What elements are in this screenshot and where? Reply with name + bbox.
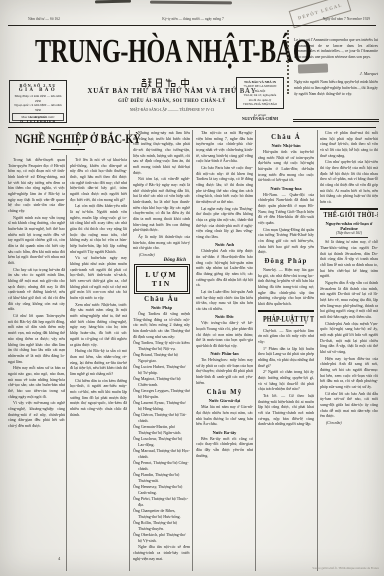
cabinet-list-item: Ông Laurent Eynac, Thượng-thơ bộ Hàng-kh…: [133, 400, 190, 411]
headline-ornament: [51, 149, 85, 150]
paragraph: Còn như quyền-lợi của hội-viên thì tùy t…: [320, 159, 378, 204]
cabinet-list-item: Ông Chéron, Thượng-thơ bộ Tài-chánh.: [133, 412, 190, 423]
text-column-2: Trở lên là nói về sự khai-hóa phổ-thông,…: [70, 157, 127, 571]
subsection-header: Nước Nhật-bản: [258, 143, 314, 148]
column-rule: [66, 155, 67, 571]
paragraph: Cứ như lời quan Toàn-quyền nói thì Bắc-k…: [8, 313, 65, 364]
paragraph: Mùa lúa mì năm nay ở Gia-nã-đại được nhi…: [196, 404, 253, 427]
text-column-4: Tân nội-các ra mắt Hạ-nghị-viện hôm mồng…: [196, 130, 253, 571]
price-box-title: GIÁ BÁO: [12, 88, 64, 93]
paragraph: Chỉ hiềm dân ta còn kém đường học-thức, …: [70, 378, 127, 418]
paragraph: Nguyên dân Á-rập vẫn coi thành Jérusalem…: [320, 280, 378, 320]
paragraph: Nhưng nóng-nảy mà làm liều thì cũng hại;…: [133, 130, 190, 175]
cjk-glyphs-icon: [141, 78, 193, 88]
price-row: Ngoại-quốc: cả năm 6$00 — nửa năm 3$50: [12, 103, 64, 112]
ink-smudge: [150, 1, 232, 4]
paragraph: Hải-quân tỉnh vừa tuyên-bố rằng nước Nhậ…: [258, 149, 314, 183]
cabinet-list-item: Ông Loucheur, Thượng-thơ bộ Lao-động.: [133, 436, 190, 447]
masthead-cjk-characters: [141, 78, 193, 88]
paragraph: Số là tháng tư năm nay, ở chỗ Than-khóc-…: [320, 239, 378, 279]
paragraph: Lại còn một điều khẩn-yếu nữa là sự tư-b…: [70, 203, 127, 254]
subsection-header: Nước Trung-hoa: [258, 186, 314, 191]
main-article-headline: NGHỀ NGHIỆP Ở BẮC-KỲ: [15, 133, 120, 147]
paragraph: 1° Phàm dân ta lập hội buôn theo luật La…: [258, 346, 314, 369]
article-headline: THẾ-GIỚI THỜI-ĐÀM: [323, 212, 374, 220]
manager-name: NGUYỄN-BÁ-CHÍNH: [236, 117, 284, 121]
paragraph: Bên Ba-tây mới rồi cũng có cuộc thay-đổi…: [196, 436, 253, 459]
issue-price: BỔN SỐ 2 XU: [12, 83, 64, 88]
paragraph: Hiện nay mỗi năm xứ ta bán ra ngoài nào …: [8, 365, 65, 399]
cabinet-list-item: Ông Piétri, Thượng-thơ bộ Thuộc-địa.: [133, 496, 190, 507]
cabinet-list-item: Ông Oberkirch, phó Thượng-thơ bộ Vệ-sinh…: [133, 532, 190, 543]
paragraph: Việc trưng-cầu dân-ý về kế-hoạch Young v…: [196, 320, 253, 348]
paragraph: Vả sự buôn-bán ngày nay không phải như x…: [70, 255, 127, 300]
cabinet-list-item: Ông Marraud, Thượng-thơ bộ Học-chánh.: [133, 448, 190, 459]
cabinet-list-item: Ông Pernot, Thượng-thơ bộ Công-chánh.: [133, 460, 190, 471]
article-subtitle: Nguyên-nhân rối-loạn ở Palestine: [320, 221, 378, 231]
director-credit: Le directeur D. LETERRIER: [9, 115, 67, 124]
masthead-title: TRUNG-HÒA NHẬT-BÁO: [35, 27, 255, 78]
paragraph: Nam-kỳ. — Hiện nay lúa gạo hạ giá, các n…: [258, 267, 314, 307]
paragraph: Hồ-Nam. — Quân-đội của chính-phủ Nam-kin…: [258, 192, 314, 226]
scan-credit: Source gallica.bnf.fr / Bibliothèque nat…: [247, 566, 379, 570]
column-rule: [192, 130, 193, 571]
cabinet-list-item: Ông Maginot, Thượng-thơ bộ Chiến-tranh.: [133, 376, 190, 387]
news-roundup-box: LƯỢM TIN: [136, 266, 188, 292]
paragraph: Nói tóm lại, cái vấn-đề nghề-nghiệp ở Bắ…: [133, 176, 190, 233]
quote-translation: Ngày nào người Nam hiểu rằng quyền-lợi m…: [294, 80, 378, 98]
paragraph: Chợ-hỏi. — Xin quí-báo làm ơn nói giùm c…: [258, 328, 314, 345]
subsection-header: Nước Đức: [196, 314, 253, 319]
received-stamp: [298, 63, 328, 73]
page-number: 4: [58, 556, 60, 561]
author-signature: Đông Bích: [133, 258, 186, 263]
cabinet-list-item: Ông Hennessy, Thượng-thơ bộ Canh-nông.: [133, 484, 190, 495]
masthead-motto: GIỮ ĐIỀU ÁI-NHÂN, SOI THEO CHÂN-LÝ: [84, 99, 260, 104]
paragraph: Tin Helsingfors: mấy hôm nay xứ ấy phát …: [196, 357, 253, 385]
cabinet-list-item: Ông Flandin, Thượng-thơ bộ Thương-mãi.: [133, 472, 190, 483]
price-row: Đông-Pháp: cả năm 4$50 — nửa năm 2$50: [12, 94, 64, 103]
paragraph: Còn mạn Quảng-Đông thì quân của tướng Tr…: [258, 227, 314, 255]
column-rule: [317, 130, 318, 571]
manager-credit: Le gérant NGUYỄN-BÁ-CHÍNH: [236, 113, 284, 121]
subsection-header: Nước Gia-nã-đại: [196, 398, 253, 403]
section-header: Châu Á: [258, 134, 314, 141]
section-header: Đông Pháp: [258, 258, 314, 265]
newspaper-page: DÉPÔT LÉGAL Năm thứ tư — Số 162 Kỷ-tỵ ni…: [0, 0, 384, 576]
article-headline: PHÁP-LUẬT TỰ TRỊ: [263, 313, 309, 324]
ornamental-divider: [287, 30, 289, 94]
masthead-office-line: NHẬT-BÁO SÁNG-LẬP ——— TÉLÉPHONE N° IV-13: [84, 108, 260, 112]
divider-rule: [258, 310, 314, 312]
text-column-1: Trong bài diễn-thuyết quan Toàn-quyền Pa…: [8, 157, 65, 571]
subsection-header: Nước Phần-lan: [196, 351, 253, 356]
cabinet-list-item: Ông Rollin, Thượng-thơ bộ Thương-thuyền.: [133, 520, 190, 531]
issue-date: Ngày thứ năm 7 Novembre 1929: [323, 17, 370, 21]
section-header: Châu Mỹ: [196, 389, 253, 396]
french-quote: Le jour où l'Annamite comprendra que ses…: [294, 38, 378, 61]
divider-rule: [330, 237, 368, 238]
ink-smudge: [95, 0, 131, 3]
paragraph: Chính-phủ Anh vừa tiếp được tin sứ-thần …: [196, 248, 253, 288]
continuation-note: (Tiếp theo số 161): [320, 231, 378, 235]
cabinet-list-item: Ông Tardieu, Tổng-lý nội-các kiêm Thượng…: [133, 340, 190, 351]
column-rule: [255, 130, 256, 571]
cabinet-list-item: Ông Germain-Martin, phó Thượng-thơ bộ Ng…: [133, 424, 190, 435]
subsection-header: Nước Pháp: [133, 305, 190, 310]
paragraph: Huống chi Bắc-kỳ ta sẵn có mỏ than mỏ kẽ…: [70, 348, 127, 376]
cabinet-list-item: Ông Champetier de Ribes, Thượng-thơ bộ H…: [133, 508, 190, 519]
text-column-5: Châu ÁNước Nhật-bảnHải-quân tỉnh vừa tuy…: [258, 130, 314, 571]
divider-rule: [268, 325, 305, 326]
paragraph: Người mình xưa nay vẫn trọng sĩ mà khinh…: [8, 215, 65, 266]
paragraph: Còn về phần thuế-má thì mỗi năm hội phải…: [320, 130, 378, 158]
continuation-note: (Còn nữa): [326, 421, 378, 425]
paragraph: Trở lên là nói về sự khai-hóa phổ-thông,…: [70, 157, 127, 202]
paragraph: Tân nội-các ra mắt Hạ-nghị-viện hôm mồng…: [196, 130, 253, 164]
subsection-header: Nước Ba-tây: [196, 430, 253, 435]
paragraph: Chính-phủ Anh chịu mệnh Vạn-quốc hội-ngh…: [320, 321, 378, 355]
paragraph: Các báo Paris bàn về cuộc thay-đổi nội-c…: [196, 165, 253, 205]
divider-rule: [320, 208, 378, 210]
cabinet-list-item: Ông Lucien Hubert, Thượng-thơ bộ Tư-pháp…: [133, 364, 190, 375]
box-line: TRUNG-HOÀ NHẬT-BÁO: [238, 102, 282, 107]
paragraph: Xem như nước Nhật-bản, trước đây sáu mươ…: [70, 302, 127, 347]
paragraph: Hiện nay ủy-ban điều-tra của chính-phủ A…: [320, 356, 378, 390]
header-bottom-rule: [8, 127, 376, 128]
text-column-3: Nhưng nóng-nảy mà làm liều thì cũng hại;…: [133, 130, 190, 571]
paragraph: Trả lời. — Cứ theo luật thương-mãi hiện-…: [258, 393, 314, 427]
paragraph: Vì vậy việc mở-mang các nghề công-nghệ, …: [8, 400, 65, 428]
office-address-box: TOÀ BÁO VÀ NHÀ IN73, RUE DE LA MISSIONHÀ…: [236, 77, 284, 109]
lunar-date: Kỷ-tỵ niên — tháng mười — ngày mồng 7: [118, 17, 268, 21]
column-rule: [129, 130, 130, 571]
paragraph: Nghe đâu tân nội-các sẽ đem chương-trình…: [133, 544, 190, 561]
director-name: D. LETERRIER: [9, 119, 67, 124]
subsection-header: Nước Anh: [196, 242, 253, 247]
issue-number: Năm thứ tư — Số 162: [28, 17, 60, 21]
paragraph: 2° Người có chân trong hội ấy được hưởng…: [258, 369, 314, 392]
paragraph: Ấy là mấy lời thành-thực của bản-báo, dá…: [133, 234, 190, 251]
paragraph: Ông Tardieu đã vâng mệnh Tổng-thống đứng…: [133, 311, 190, 339]
paragraph: Trong bài diễn-thuyết quan Toàn-quyền Pa…: [8, 157, 65, 214]
cabinet-list-item: Ông Briand, Thượng-thơ bộ Ngoại-giao.: [133, 352, 190, 363]
double-rule: [293, 119, 379, 123]
continuation-note: (Còn nữa): [139, 253, 190, 257]
cabinet-list-item: Ông Georges Leygues, Thượng-thơ bộ Hải-q…: [133, 388, 190, 399]
paragraph: Cứ như lời các báo Anh thì dẫu ủy-ban xé…: [320, 391, 378, 419]
main-article-header: NGHỀ NGHIỆP Ở BẮC-KỲ: [8, 133, 127, 150]
paragraph: Cho hay cái tục trọng hư-văn đã ăn sâu v…: [8, 267, 65, 312]
paragraph: Lại tin Luân-đôn: hải-quân Anh mới hạ-th…: [196, 289, 253, 312]
paragraph: Lại nghe mấy ông cựu Thượng-thơ thuộc ph…: [196, 206, 253, 240]
section-header: Châu Âu: [133, 296, 190, 303]
text-column-6: Còn về phần thuế-má thì mỗi năm hội phải…: [320, 130, 378, 571]
